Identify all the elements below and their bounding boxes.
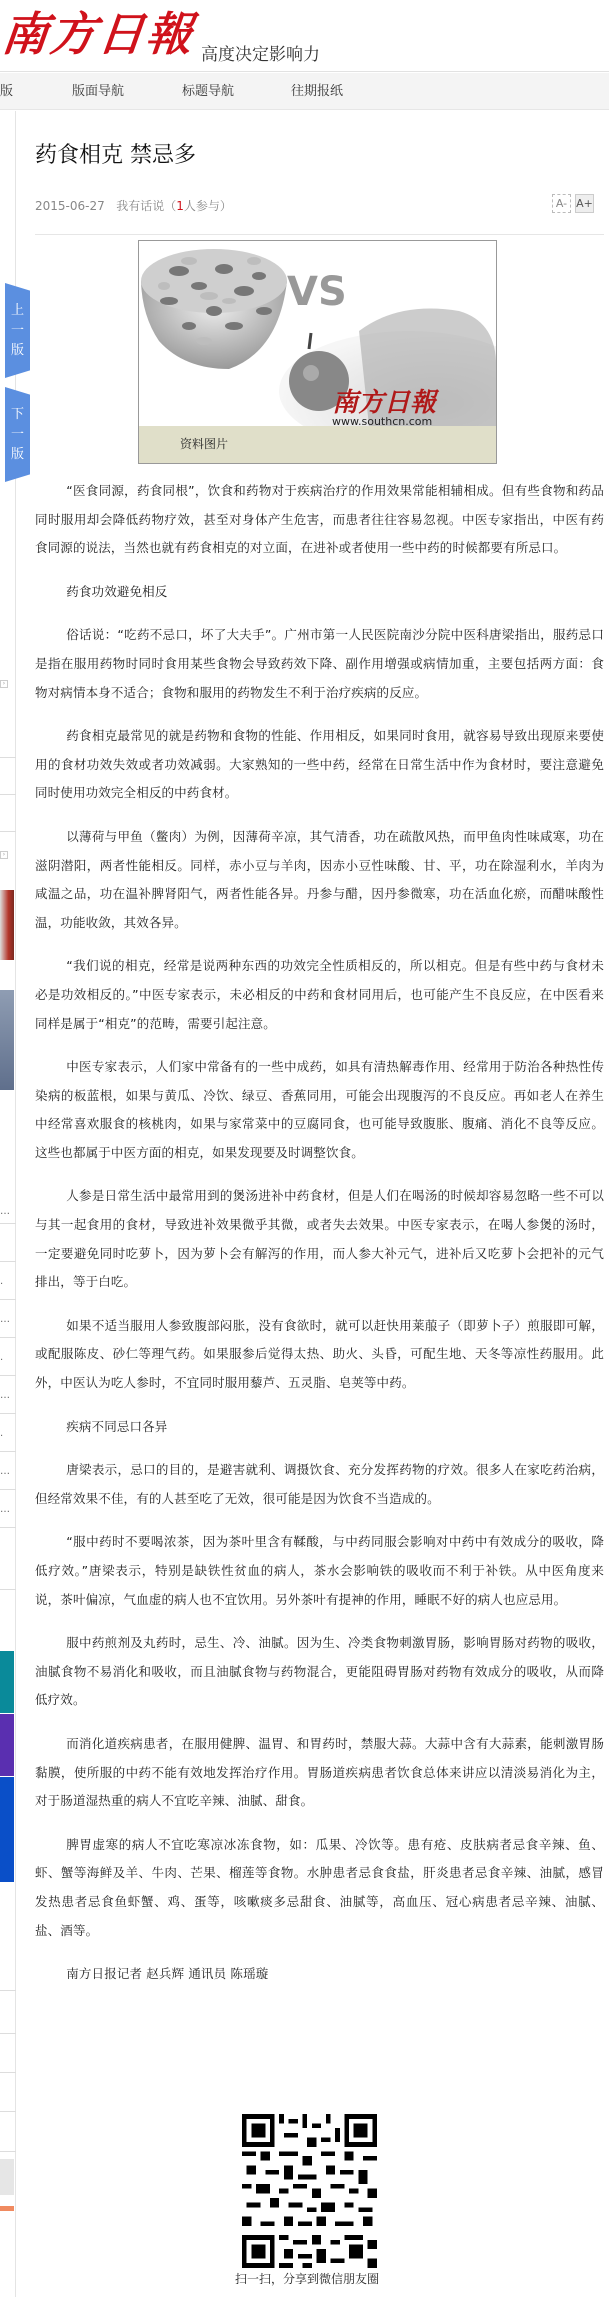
- divider: [0, 2151, 16, 2152]
- divider: [0, 1451, 16, 1452]
- paragraph: “医食同源，药食同根”，饮食和药物对于疾病治疗的作用效果常能相辅相成。但有些食物…: [35, 477, 604, 563]
- font-decrease-button[interactable]: A-: [552, 194, 571, 213]
- paragraph: 服中药煎剂及丸药时，忌生、冷、油腻。因为生、冷类食物刺激胃肠，影响胃肠对药物的吸…: [35, 1629, 604, 1715]
- highlighted-item[interactable]: [0, 2159, 14, 2195]
- svg-text:www.southcn.com: www.southcn.com: [332, 415, 432, 426]
- chevron-right-icon[interactable]: ›: [0, 680, 8, 688]
- comment-count: 1: [176, 199, 184, 213]
- site-header: 南方日報 高度决定影响力: [0, 0, 609, 72]
- divider: [0, 1589, 16, 1590]
- title-divider: [35, 234, 604, 235]
- paragraph: 中医专家表示，人们家中常备有的一些中成药，如具有清热解毒作用、经常用于防治各种热…: [35, 1053, 604, 1167]
- truncated-link[interactable]: …: [0, 1467, 10, 1477]
- paragraph: 如果不适当服用人参致腹部闷胀，没有食欲时，就可以赶快用莱菔子（即萝卜子）煎服即可…: [35, 1312, 604, 1398]
- paragraph: 以薄荷与甲鱼（鳖肉）为例，因薄荷辛凉，其气清香，功在疏散风热，而甲鱼肉性味咸寒，…: [35, 823, 604, 937]
- divider: [0, 1337, 16, 1338]
- truncated-link[interactable]: .: [0, 1277, 3, 1287]
- svg-text:VS: VS: [287, 269, 347, 315]
- figure-caption: 资料图片: [139, 426, 496, 463]
- divider: [0, 1413, 16, 1414]
- divider: [0, 831, 16, 832]
- divider: [0, 1299, 16, 1300]
- divider: [0, 1375, 16, 1376]
- publish-date: 2015-06-27: [35, 199, 105, 213]
- qr-code-icon: [242, 2113, 377, 2269]
- article-byline: 南方日报记者 赵兵辉 通讯员 陈瑶璇: [35, 1960, 604, 1989]
- paragraph: 药食相克最常见的就是药物和食物的性能、作用相反，如果同时食用，就容易导致出现原来…: [35, 722, 604, 808]
- divider: [0, 2111, 16, 2112]
- divider: [0, 1223, 16, 1224]
- divider: [0, 757, 16, 758]
- next-page-label: 下: [11, 405, 24, 425]
- thumbnail-image[interactable]: [0, 990, 14, 1090]
- comment-label-suffix: 人参与）: [184, 199, 232, 213]
- qr-share-caption: 扫一扫，分享到微信朋友圈: [207, 2270, 407, 2287]
- nav-item-title-navigation[interactable]: 标题导航: [182, 73, 234, 110]
- divider: [0, 1489, 16, 1490]
- truncated-link[interactable]: …: [0, 1505, 10, 1515]
- promo-tile-purple[interactable]: [0, 1714, 14, 1776]
- section-heading: 药食功效避免相反: [35, 578, 604, 607]
- next-page-label: 版: [11, 445, 24, 465]
- truncated-link[interactable]: …: [0, 1391, 10, 1401]
- article-meta: 2015-06-27 我有话说（1人参与）: [35, 197, 232, 214]
- paragraph: 人参是日常生活中最常用到的煲汤进补中药食材，但是人们在喝汤的时候却容易忽略一些不…: [35, 1182, 604, 1296]
- article-photo[interactable]: VS 南方日報 www.southcn.com: [139, 241, 496, 426]
- site-slogan: 高度决定影响力: [201, 40, 320, 65]
- promo-tile-teal[interactable]: [0, 1651, 14, 1713]
- paragraph: 而消化道疾病患者，在服用健脾、温胃、和胃药时，禁服大蒜。大蒜中含有大蒜素，能刺激…: [35, 1730, 604, 1816]
- paragraph: “服中药时不要喝浓茶，因为茶叶里含有鞣酸，与中药同服会影响对中药中有效成分的吸收…: [35, 1528, 604, 1614]
- paragraph: 俗话说：“吃药不忌口，坏了大夫手”。广州市第一人民医院南沙分院中医科唐梁指出，服…: [35, 621, 604, 707]
- nav-item-page-navigation[interactable]: 版面导航: [72, 73, 124, 110]
- font-increase-label: A+: [576, 197, 593, 210]
- chevron-right-icon[interactable]: ›: [0, 851, 8, 859]
- next-page-button[interactable]: 下 一 版: [5, 387, 30, 482]
- nav-item-past-issues[interactable]: 往期报纸: [291, 73, 343, 110]
- next-page-label: 一: [11, 425, 24, 445]
- thumbnail-image[interactable]: [0, 890, 14, 960]
- logo-text: 南方日報: [0, 2, 197, 66]
- truncated-link[interactable]: .: [0, 1353, 3, 1363]
- paragraph: 脾胃虚寒的病人不宜吃寒凉冰冻食物，如：瓜果、冷饮等。患有疮、皮肤病者忌食辛辣、鱼…: [35, 1831, 604, 1945]
- svg-text:南方日報: 南方日報: [332, 388, 440, 418]
- paragraph: 唐梁表示，忌口的目的，是避害就利、调摄饮食、充分发挥药物的疗效。很多人在家吃药治…: [35, 1456, 604, 1513]
- previous-page-label: 一: [11, 321, 24, 341]
- article-title: 药食相克 禁忌多: [35, 141, 196, 171]
- truncated-link[interactable]: .: [0, 1429, 3, 1439]
- paragraph: “我们说的相克，经常是说两种东西的功效完全性质相反的，所以相克。但是有些中药与食…: [35, 952, 604, 1038]
- promo-tile-blue[interactable]: [0, 1777, 14, 1882]
- truncated-link[interactable]: …: [0, 1315, 10, 1325]
- previous-page-label: 上: [11, 301, 24, 321]
- accent-bar: [0, 2206, 14, 2211]
- previous-page-button[interactable]: 上 一 版: [5, 283, 30, 378]
- section-heading: 疾病不同忌口各异: [35, 1413, 604, 1442]
- wechat-share-qr-code[interactable]: [242, 2113, 377, 2269]
- truncated-link[interactable]: …: [0, 1207, 10, 1217]
- font-decrease-label: A-: [556, 197, 567, 210]
- font-increase-button[interactable]: A+: [575, 194, 594, 213]
- divider: [0, 1261, 16, 1262]
- divider: [0, 2033, 16, 2034]
- nav-item-edition[interactable]: 版: [0, 73, 13, 110]
- comment-label: 我有话说（: [116, 199, 176, 213]
- previous-page-label: 版: [11, 341, 24, 361]
- divider: [0, 1990, 16, 1991]
- article-figure: VS 南方日報 www.southcn.com 资料图片: [138, 240, 497, 464]
- divider: [0, 1527, 16, 1528]
- pills-vs-food-image: VS 南方日報 www.southcn.com: [139, 241, 496, 426]
- divider: [0, 794, 16, 795]
- comment-link[interactable]: 我有话说（1人参与）: [116, 199, 232, 213]
- site-logo[interactable]: 南方日報: [2, 2, 194, 66]
- top-nav: 版 版面导航 标题导航 往期报纸: [0, 73, 609, 110]
- divider: [0, 2072, 16, 2073]
- article-body: “医食同源，药食同根”，饮食和药物对于疾病治疗的作用效果常能相辅相成。但有些食物…: [35, 477, 604, 2004]
